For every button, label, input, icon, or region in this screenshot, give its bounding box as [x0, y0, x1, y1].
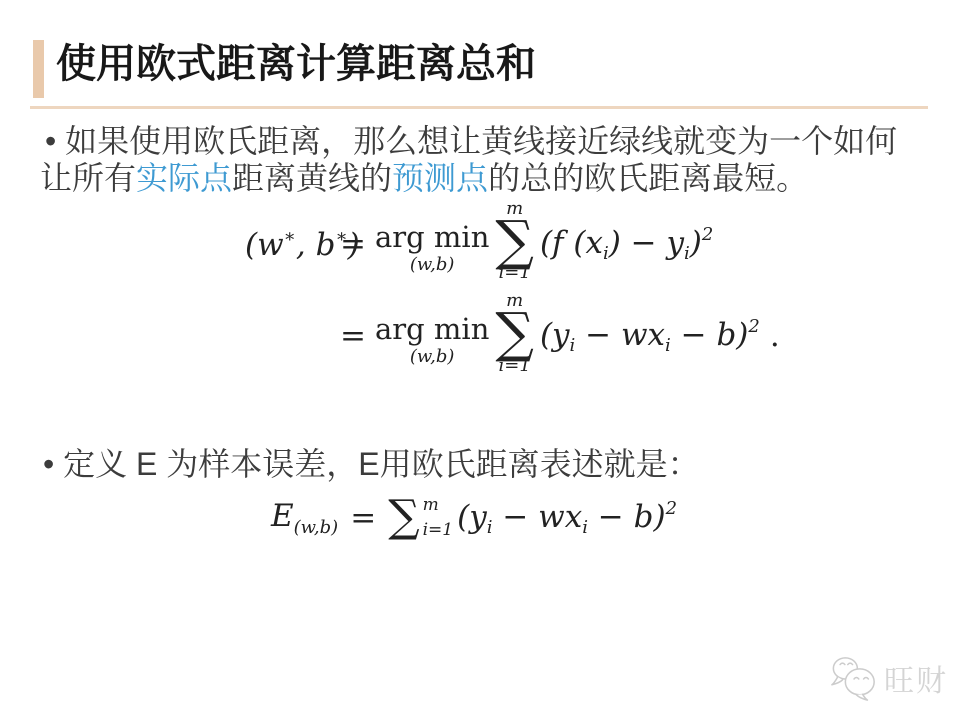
paragraph-1-line-2-text-b: 距离黄线的	[232, 160, 392, 196]
wechat-bubbles-icon	[830, 654, 878, 702]
squared-residual-expression: (yi − wxi − b)2	[540, 316, 760, 356]
paragraph-2-text: 定义 E 为样本误差，E用欧氏距离表述就是：	[63, 446, 699, 482]
equals-sign: =	[340, 226, 366, 262]
expr-token: − wx	[575, 317, 665, 353]
error-symbol: E(w,b)	[271, 498, 338, 538]
equals-sign: =	[350, 500, 376, 536]
lhs-token: , b	[296, 227, 336, 263]
error-definition-formula: E(w,b) = ∑ m i=1 (yi − wxi − b)2	[271, 492, 677, 544]
expr-token: (f (x	[540, 225, 603, 261]
square-superscript: 2	[702, 224, 713, 245]
highlight-actual-points: 实际点	[136, 160, 232, 196]
sum-upper-limit: m	[423, 497, 454, 514]
expr-token: (y	[457, 499, 487, 535]
argmin-label: arg min	[375, 315, 489, 344]
paragraph-1-line-1: • 如果使用欧氏距离，那么想让黄线接近绿线就变为一个如何	[40, 123, 920, 160]
argmin-formula-row-2: = arg min (w,b) m ∑ i=1 (yi − wxi − b)2 …	[245, 292, 780, 374]
sigma-icon: ∑	[495, 218, 534, 264]
paragraph-1-line-2: 让所有实际点距离黄线的预测点的总的欧氏距离最短。	[40, 160, 920, 197]
formula-trailing-period: .	[770, 318, 780, 354]
expr-token: − b)	[671, 317, 749, 353]
argmin-operator: arg min (w,b)	[375, 315, 489, 366]
summation-operator: m ∑ i=1	[495, 200, 534, 282]
expr-token: )	[690, 225, 702, 261]
slide-title: 使用欧式距离计算距离总和	[56, 42, 536, 86]
squared-residual-expression: (yi − wxi − b)2	[457, 498, 677, 538]
title-accent-bar	[33, 40, 44, 98]
argmin-label: arg min	[375, 223, 489, 252]
lhs-token: (w	[245, 227, 284, 263]
title-underline	[30, 106, 928, 109]
sigma-icon: ∑	[495, 310, 534, 356]
bullet-paragraph-2: • 定义 E 为样本误差，E用欧氏距离表述就是：	[43, 446, 700, 483]
expr-token: ) − y	[609, 225, 684, 261]
paragraph-1-line-1-text: 如果使用欧氏距离，那么想让黄线接近绿线就变为一个如何	[65, 123, 897, 159]
sum-side-limits: m i=1	[423, 497, 454, 539]
argmin-formula-block: (w∗, b∗) = arg min (w,b) m ∑ i=1 (f (xi)…	[245, 200, 780, 375]
argmin-subscript: (w,b)	[410, 256, 455, 274]
watermark: 旺财	[830, 654, 948, 702]
squared-residual-expression: (f (xi) − yi)2	[540, 224, 713, 264]
expr-token: − wx	[492, 499, 582, 535]
sigma-icon: ∑	[388, 495, 419, 539]
equals-sign: =	[340, 318, 366, 354]
bullet-marker: •	[43, 446, 54, 482]
highlight-predicted-points: 预测点	[392, 160, 488, 196]
sum-lower-limit: i=1	[423, 522, 454, 539]
star-superscript: ∗	[284, 226, 296, 247]
watermark-label: 旺财	[884, 656, 948, 700]
wb-subscript: (w,b)	[294, 517, 339, 538]
square-superscript: 2	[666, 498, 677, 519]
sum-lower-limit: i=1	[499, 264, 531, 282]
bullet-paragraph-1: • 如果使用欧氏距离，那么想让黄线接近绿线就变为一个如何 让所有实际点距离黄线的…	[40, 123, 920, 197]
square-superscript: 2	[748, 316, 759, 337]
formula-lhs-wb-star: (w∗, b∗)	[245, 226, 331, 263]
argmin-subscript: (w,b)	[410, 348, 455, 366]
expr-token: (y	[540, 317, 570, 353]
E-token: E	[271, 498, 294, 534]
paragraph-1-line-2-text-c: 的总的欧氏距离最短。	[488, 160, 808, 196]
sum-lower-limit: i=1	[499, 357, 531, 375]
argmin-formula-row-1: (w∗, b∗) = arg min (w,b) m ∑ i=1 (f (xi)…	[245, 200, 780, 282]
paragraph-1-line-2-text-a: 让所有	[40, 160, 136, 196]
summation-operator: m ∑ i=1	[495, 292, 534, 374]
argmin-operator: arg min (w,b)	[375, 223, 489, 274]
bullet-marker: •	[45, 123, 56, 159]
expr-token: − b)	[588, 499, 666, 535]
